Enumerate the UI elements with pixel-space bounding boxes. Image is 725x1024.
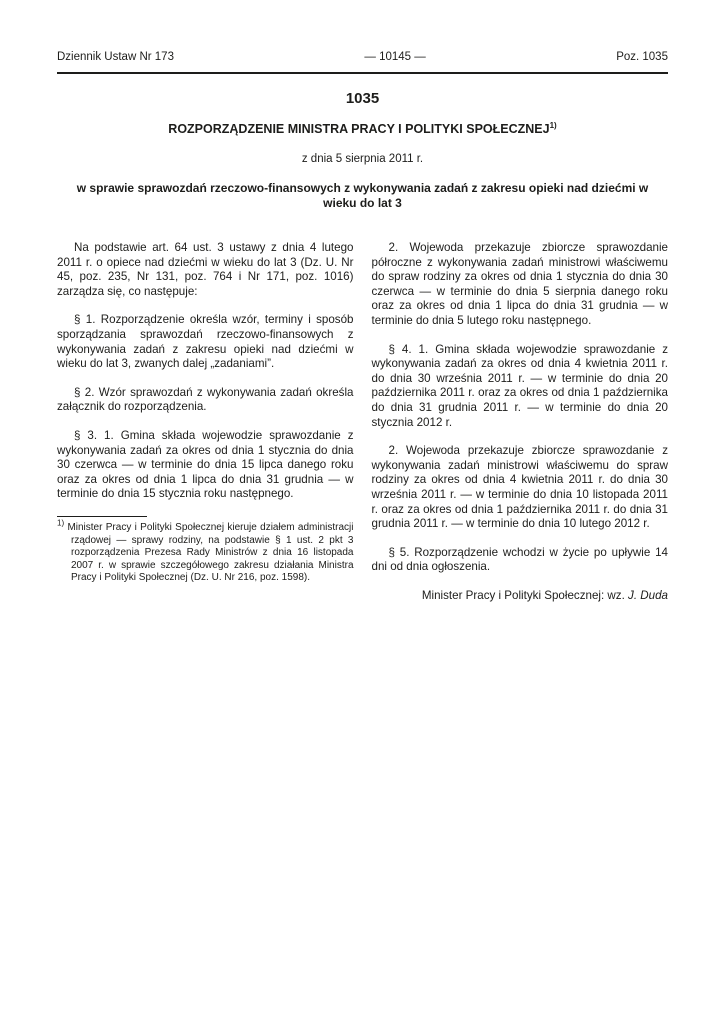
left-column: Na podstawie art. 64 ust. 3 ustawy z dni… bbox=[57, 241, 354, 603]
footnote: 1) Minister Pracy i Polityki Społecznej … bbox=[57, 522, 354, 585]
legal-paragraph-5: § 5. Rozporządzenie wchodzi w życie po u… bbox=[372, 546, 669, 575]
journal-title: Dziennik Ustaw Nr 173 bbox=[57, 50, 174, 64]
position-number: Poz. 1035 bbox=[616, 50, 668, 64]
footnote-reference: 1) bbox=[550, 121, 557, 130]
legal-paragraph-4-1: § 4. 1. Gmina składa wojewodzie sprawozd… bbox=[372, 343, 669, 431]
page-number: — 10145 — bbox=[364, 50, 425, 64]
body-columns: Na podstawie art. 64 ust. 3 ustawy z dni… bbox=[57, 241, 668, 603]
signature-line: Minister Pracy i Polityki Społecznej: wz… bbox=[372, 589, 669, 604]
footnote-marker: 1) bbox=[57, 519, 64, 528]
legal-paragraph-1: § 1. Rozporządzenie określa wzór, termin… bbox=[57, 313, 354, 371]
legal-paragraph-2: § 2. Wzór sprawozdań z wykonywania zadań… bbox=[57, 386, 354, 415]
document-page: Dziennik Ustaw Nr 173 — 10145 — Poz. 103… bbox=[0, 0, 725, 1024]
act-title-text: ROZPORZĄDZENIE MINISTRA PRACY I POLITYKI… bbox=[168, 122, 549, 136]
header-rule bbox=[57, 72, 668, 74]
act-title: ROZPORZĄDZENIE MINISTRA PRACY I POLITYKI… bbox=[57, 122, 668, 136]
legal-paragraph-4-2: 2. Wojewoda przekazuje zbiorcze sprawozd… bbox=[372, 444, 669, 532]
act-date: z dnia 5 sierpnia 2011 r. bbox=[57, 153, 668, 166]
legal-paragraph-basis: Na podstawie art. 64 ust. 3 ustawy z dni… bbox=[57, 241, 354, 299]
footnote-separator bbox=[57, 516, 147, 517]
legal-paragraph-3-1: § 3. 1. Gmina składa wojewodzie sprawozd… bbox=[57, 429, 354, 502]
signature-office: Minister Pracy i Polityki Społecznej: wz… bbox=[422, 589, 628, 602]
act-number: 1035 bbox=[57, 91, 668, 107]
act-subject: w sprawie sprawozdań rzeczowo-finansowyc… bbox=[61, 181, 665, 211]
signature-name: J. Duda bbox=[628, 589, 668, 602]
footnote-text: Minister Pracy i Polityki Społecznej kie… bbox=[67, 522, 353, 583]
legal-paragraph-3-2: 2. Wojewoda przekazuje zbiorcze sprawozd… bbox=[372, 241, 669, 329]
page-header: Dziennik Ustaw Nr 173 — 10145 — Poz. 103… bbox=[57, 50, 668, 72]
right-column: 2. Wojewoda przekazuje zbiorcze sprawozd… bbox=[372, 241, 669, 603]
